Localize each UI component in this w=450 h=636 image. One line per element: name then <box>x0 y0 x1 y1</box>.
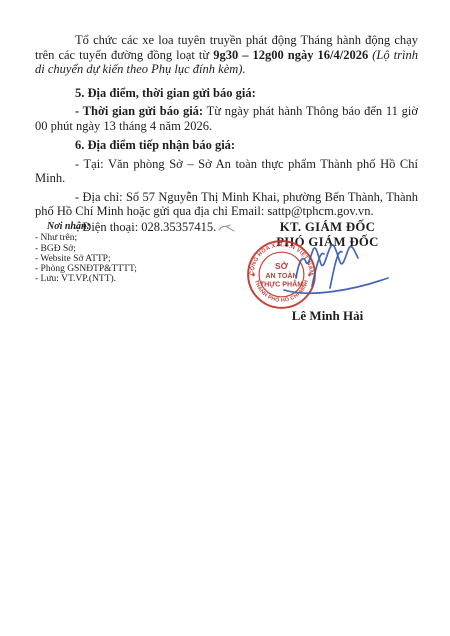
document-body: Tổ chức các xe loa tuyên truyền phát độn… <box>35 33 418 234</box>
signer-name: Lê Minh Hải <box>250 308 405 324</box>
recipient-item: - Website Sở ATTP; <box>35 254 137 264</box>
section6-heading: 6. Địa điểm tiếp nhận báo giá: <box>35 138 418 153</box>
campaign-time-bold: 9g30 – 12g00 ngày 16/4/2026 <box>213 48 368 62</box>
handwritten-initials-mark <box>218 222 236 233</box>
recipient-item: - Lưu: VT.VP.(NTT). <box>35 274 137 284</box>
recipient-item: - Phòng GSNĐTP&TTTT; <box>35 264 137 274</box>
signature-scribble <box>282 238 395 300</box>
recipients-block: Nơi nhận: - Như trên; - BGĐ Sở; - Websit… <box>35 222 137 285</box>
section5-heading: 5. Địa điểm, thời gian gửi báo giá: <box>35 86 418 101</box>
paragraph-place: - Tại: Văn phòng Sở – Sở An toàn thực ph… <box>35 157 418 186</box>
paragraph-address: - Địa chỉ: Số 57 Nguyễn Thị Minh Khai, p… <box>35 190 418 219</box>
recipient-item: - Như trên; <box>35 233 137 243</box>
signer-position-line1: KT. GIÁM ĐỐC <box>250 220 405 235</box>
paragraph-send-time: - Thời gian gửi báo giá: Từ ngày phát hà… <box>35 104 418 133</box>
recipient-item: - BGĐ Sở; <box>35 244 137 254</box>
paragraph-campaign: Tổ chức các xe loa tuyên truyền phát độn… <box>35 33 418 77</box>
recipients-title: Nơi nhận: <box>35 222 137 232</box>
stamp-star-left-icon: ✱ <box>251 272 256 278</box>
send-time-label: - Thời gian gửi báo giá: <box>75 104 203 118</box>
document-page: Tổ chức các xe loa tuyên truyền phát độn… <box>0 0 450 636</box>
